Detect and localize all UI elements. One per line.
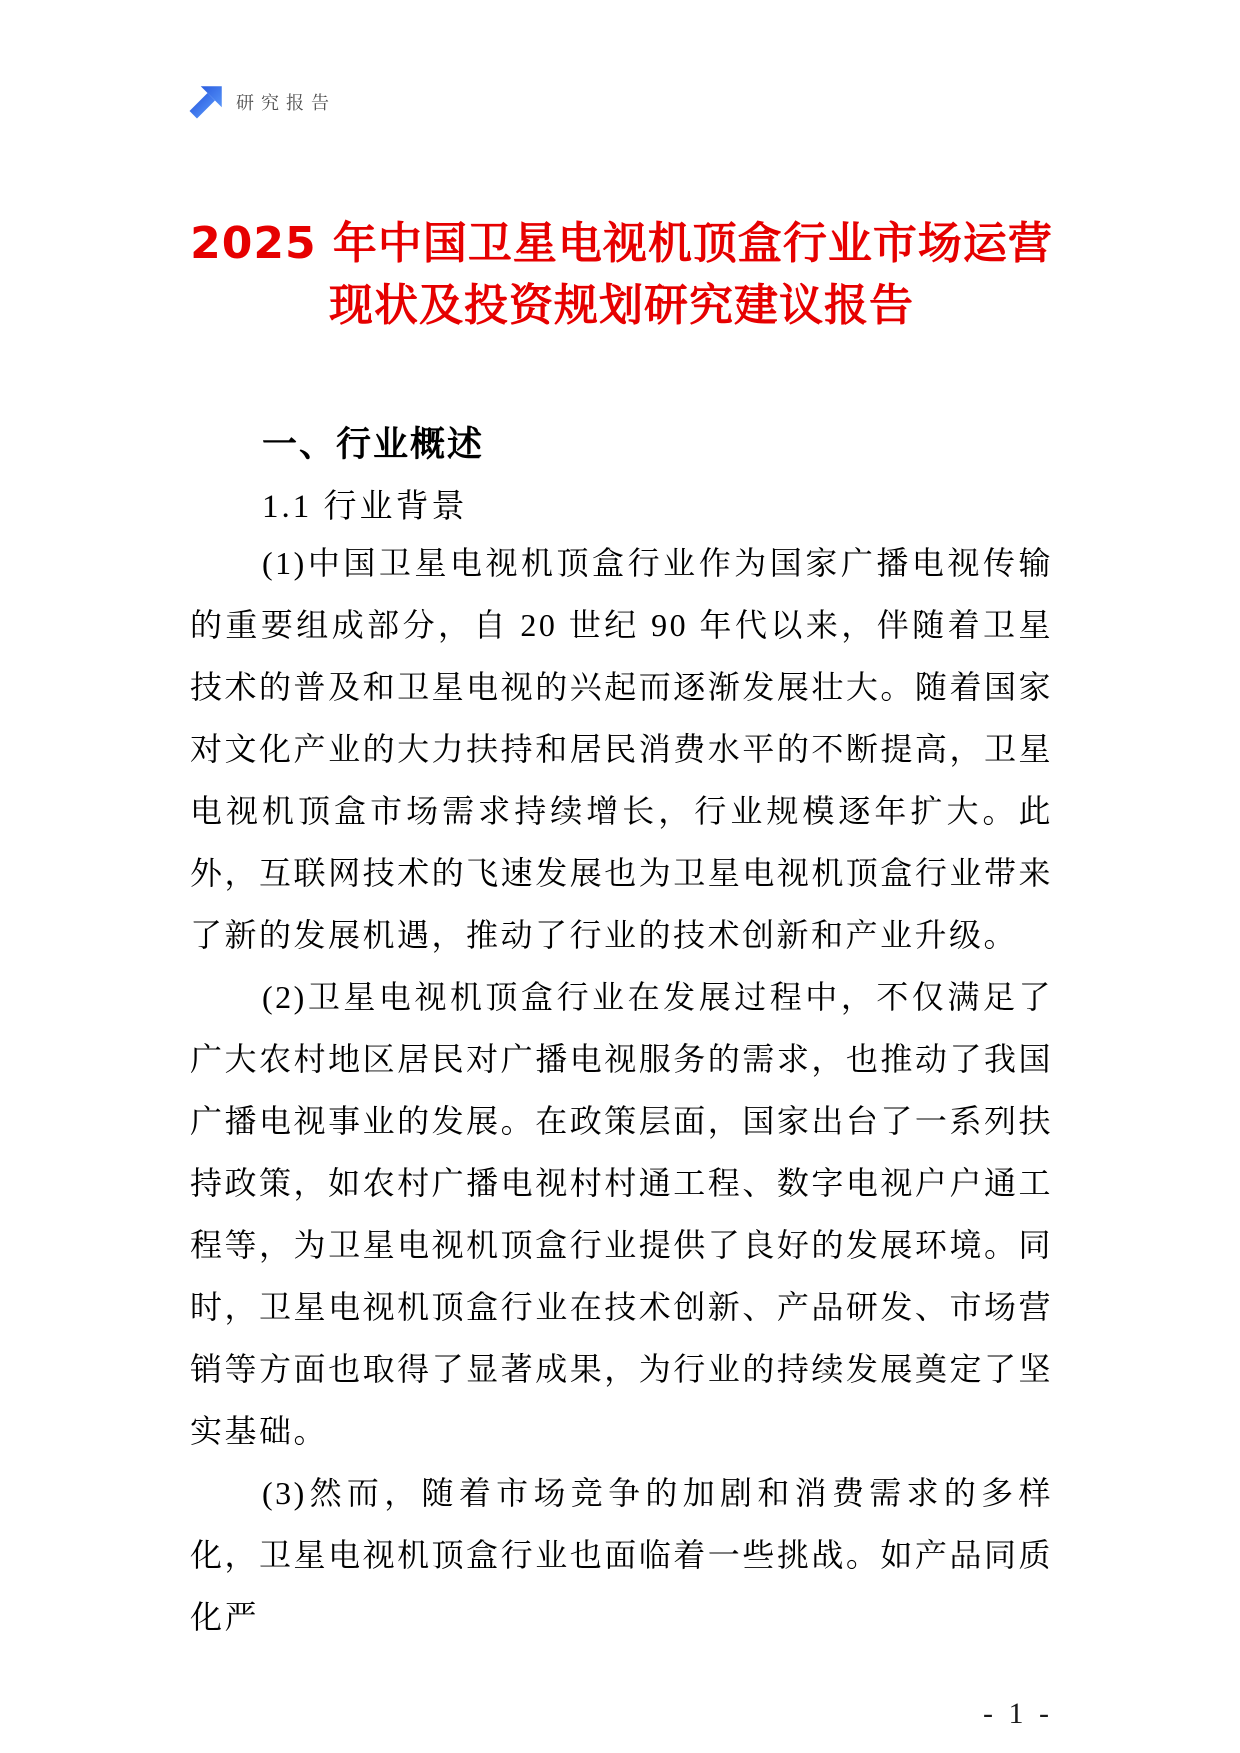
- document-page: 研究报告 2025 年中国卫星电视机顶盒行业市场运营 现状及投资规划研究建议报告…: [0, 0, 1240, 1753]
- body-paragraph-3: (3)然而，随着市场竞争的加剧和消费需求的多样化，卫星电视机顶盒行业也面临着一些…: [190, 1462, 1053, 1648]
- brand-logo: 研究报告: [188, 84, 336, 120]
- page-number: - 1 -: [190, 1696, 1053, 1732]
- report-title: 2025 年中国卫星电视机顶盒行业市场运营 现状及投资规划研究建议报告: [190, 0, 1053, 337]
- body-paragraph-2: (2)卫星电视机顶盒行业在发展过程中，不仅满足了广大农村地区居民对广播电视服务的…: [190, 966, 1053, 1462]
- subsection-heading: 1.1 行业背景: [190, 482, 1053, 532]
- logo-label: 研究报告: [236, 89, 336, 115]
- section-heading: 一、行业概述: [190, 422, 1053, 468]
- document-content: 2025 年中国卫星电视机顶盒行业市场运营 现状及投资规划研究建议报告 一、行业…: [190, 0, 1053, 1732]
- report-title-line2: 现状及投资规划研究建议报告: [190, 275, 1053, 337]
- body-paragraph-1: (1)中国卫星电视机顶盒行业作为国家广播电视传输的重要组成部分，自 20 世纪 …: [190, 532, 1053, 966]
- arrow-up-right-icon: [188, 84, 224, 120]
- report-title-line1: 2025 年中国卫星电视机顶盒行业市场运营: [190, 213, 1053, 275]
